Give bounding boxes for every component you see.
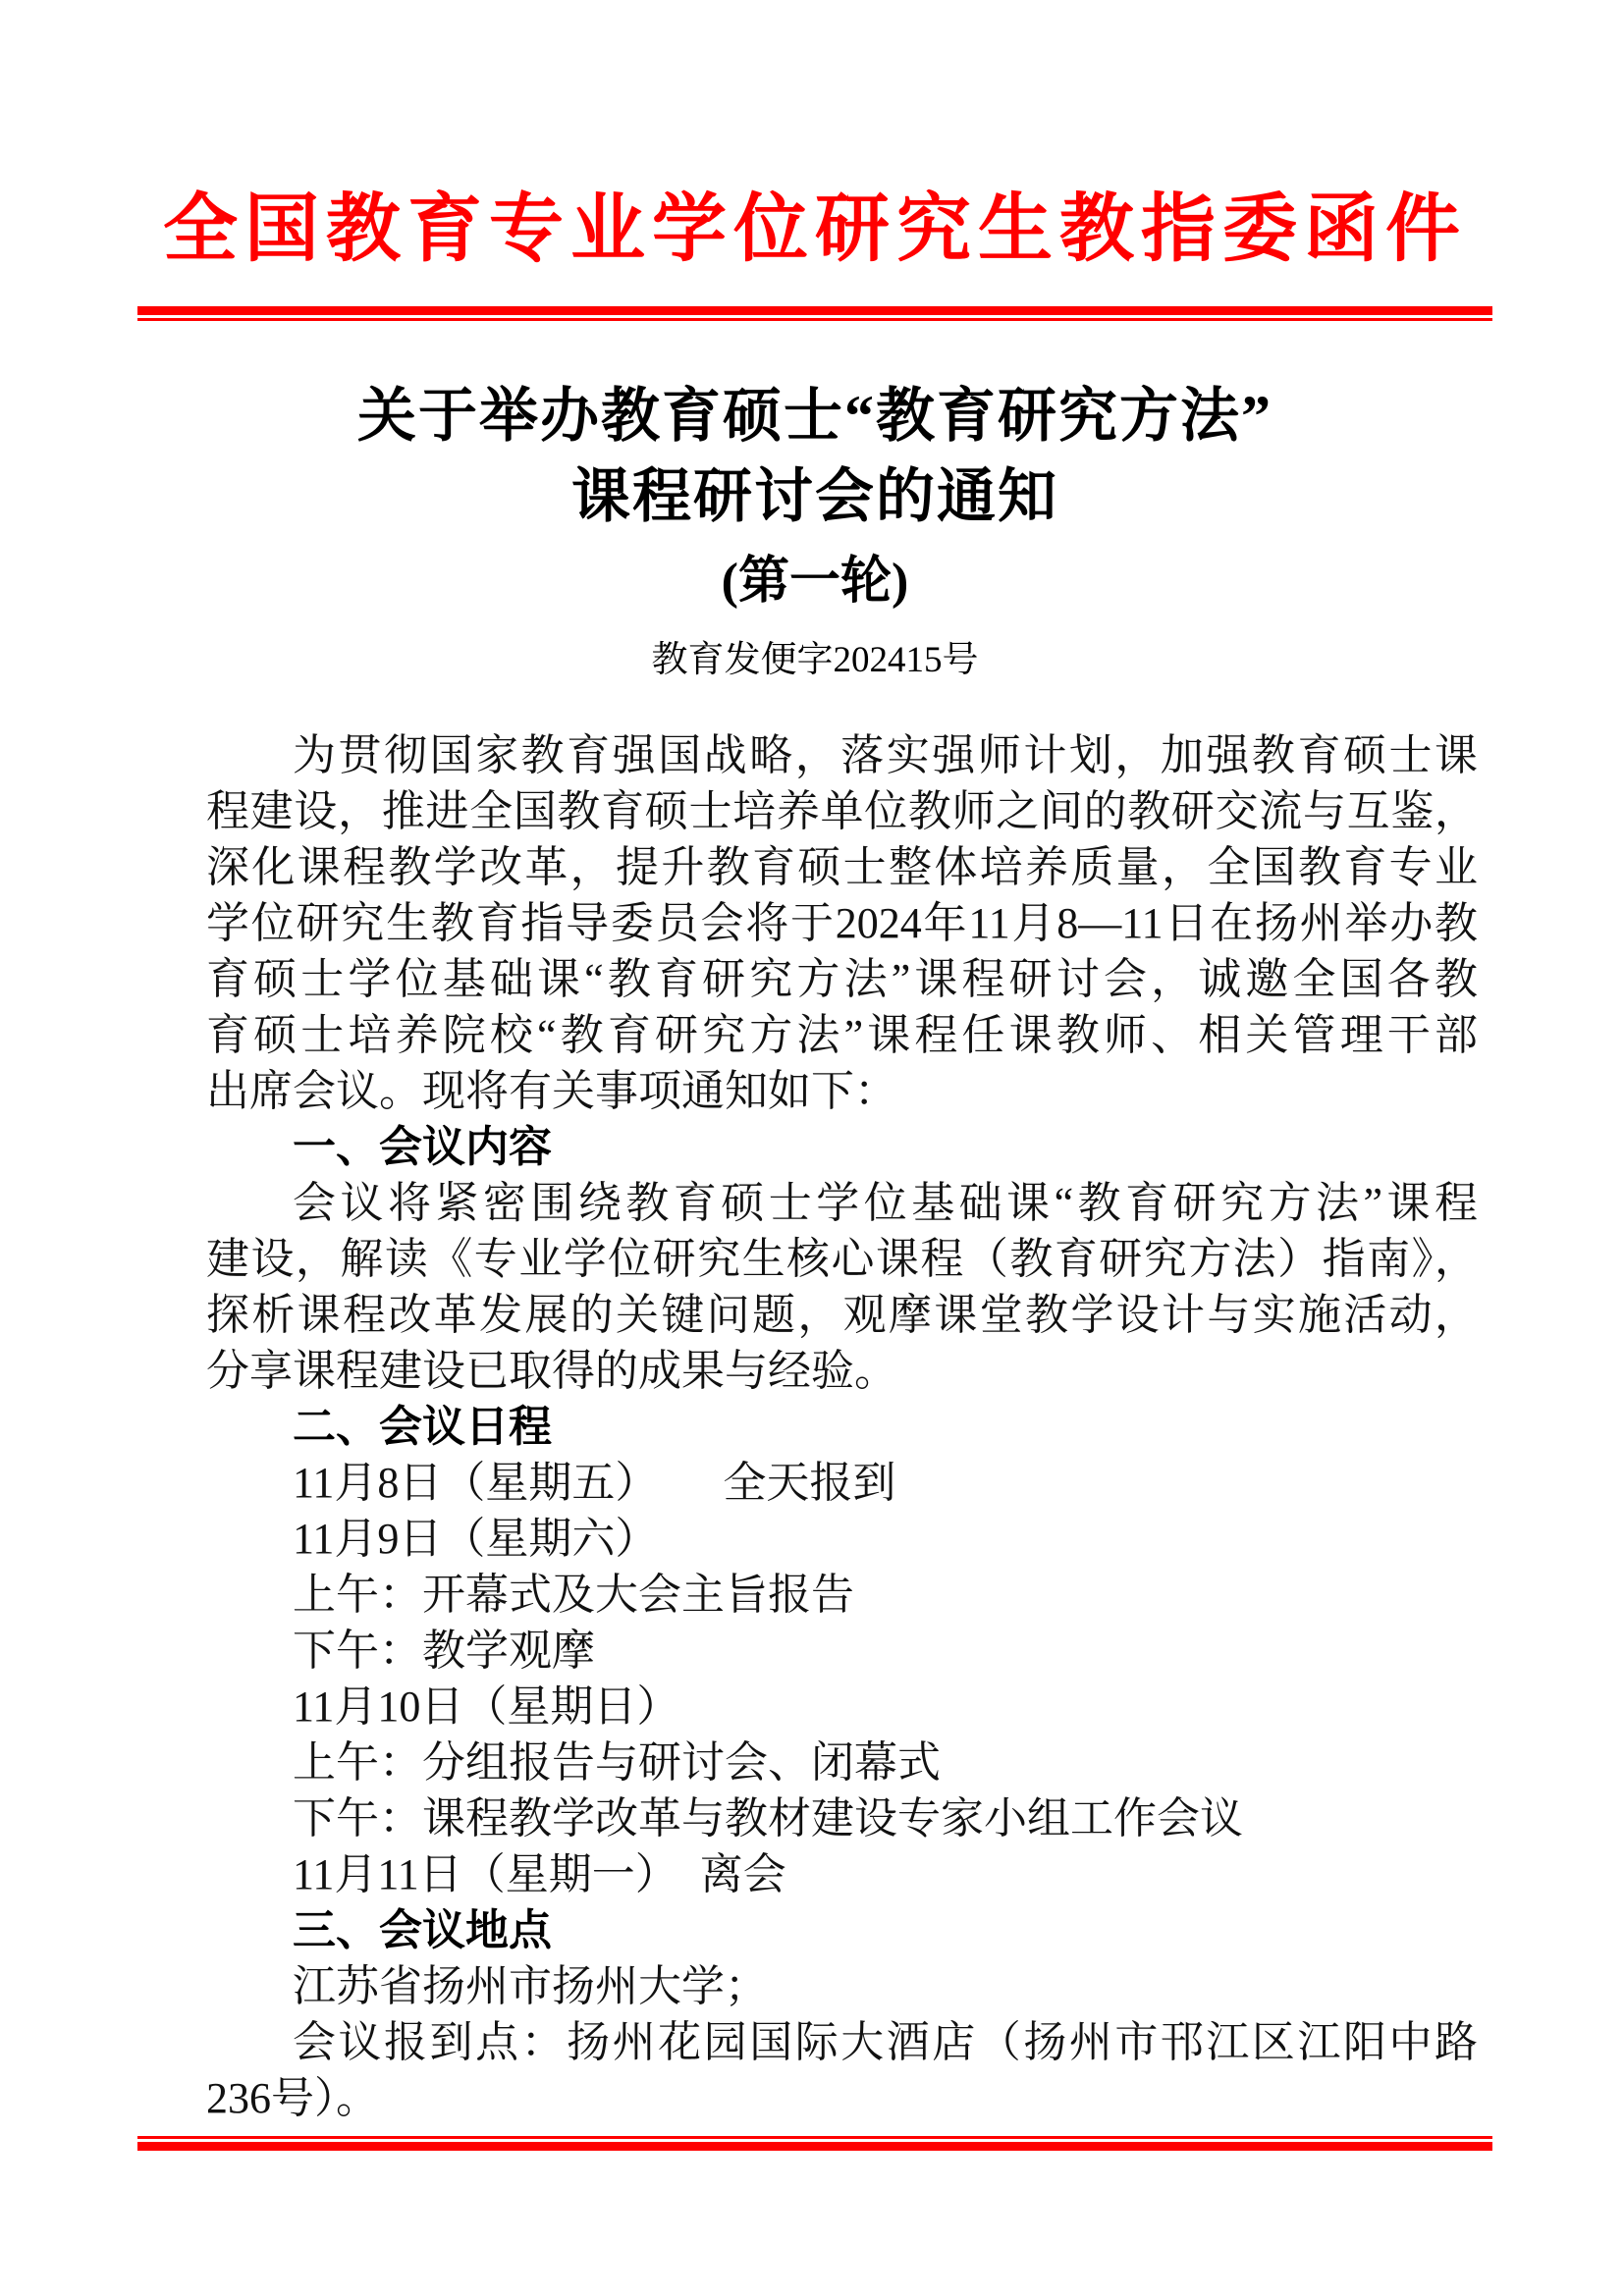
schedule-line-4: 下午：教学观摩 xyxy=(206,1623,1478,1679)
schedule-line-1: 11月8日（星期五） 全天报到 xyxy=(206,1455,1478,1511)
schedule-line-2: 11月9日（星期六） xyxy=(206,1511,1478,1567)
section-heading-1: 一、会议内容 xyxy=(206,1119,1478,1175)
divider-thick-line xyxy=(137,306,1492,315)
notice-body: 为贯彻国家教育强国战略，落实强师计划，加强教育硕士课 程建设，推进全国教育硕士培… xyxy=(206,727,1478,2126)
intro-line-6: 育硕士培养院校“教育研究方法”课程任课教师、相关管理干部 xyxy=(206,1007,1478,1063)
schedule-line-7: 下午：课程教学改革与教材建设专家小组工作会议 xyxy=(206,1790,1478,1846)
section-heading-3: 三、会议地点 xyxy=(206,1902,1478,1958)
footer-thin-line xyxy=(137,2136,1492,2139)
intro-line-7: 出席会议。现将有关事项通知如下： xyxy=(206,1063,1478,1119)
notice-title: 关于举办教育硕士“教育研究方法” 课程研讨会的通知 xyxy=(137,376,1492,537)
section3-line-1: 江苏省扬州市扬州大学； xyxy=(206,1958,1478,2014)
document-page: 全国教育专业学位研究生教指委函件 关于举办教育硕士“教育研究方法” 课程研讨会的… xyxy=(0,0,1624,2296)
section1-line-2: 建设，解读《专业学位研究生核心课程（教育研究方法）指南》， xyxy=(206,1231,1478,1287)
divider-thin-line xyxy=(137,318,1492,321)
section1-line-4: 分享课程建设已取得的成果与经验。 xyxy=(206,1343,1478,1399)
schedule-line-3: 上午：开幕式及大会主旨报告 xyxy=(206,1567,1478,1623)
schedule-line-5: 11月10日（星期日） xyxy=(206,1679,1478,1735)
doc-number: 教育发便字202415号 xyxy=(137,639,1492,682)
section-heading-2: 二、会议日程 xyxy=(206,1399,1478,1455)
letterhead-title: 全国教育专业学位研究生教指委函件 xyxy=(137,0,1492,267)
notice-round-label: (第一轮) xyxy=(137,551,1492,614)
footer-thick-line xyxy=(137,2142,1492,2151)
intro-line-3: 深化课程教学改革，提升教育硕士整体培养质量，全国教育专业 xyxy=(206,839,1478,895)
schedule-line-6: 上午：分组报告与研讨会、闭幕式 xyxy=(206,1735,1478,1790)
section1-line-3: 探析课程改革发展的关键问题，观摩课堂教学设计与实施活动， xyxy=(206,1287,1478,1343)
schedule-line-8: 11月11日（星期一） 离会 xyxy=(206,1846,1478,1902)
notice-title-line1: 关于举办教育硕士“教育研究方法” xyxy=(137,376,1492,456)
notice-title-line2: 课程研讨会的通知 xyxy=(137,456,1492,537)
section3-line-2: 会议报到点：扬州花园国际大酒店（扬州市邗江区江阳中路 xyxy=(206,2014,1478,2070)
intro-line-2: 程建设，推进全国教育硕士培养单位教师之间的教研交流与互鉴， xyxy=(206,783,1478,839)
section3-line-3: 236号）。 xyxy=(206,2070,1478,2126)
intro-line-4: 学位研究生教育指导委员会将于2024年11月8—11日在扬州举办教 xyxy=(206,895,1478,951)
intro-line-5: 育硕士学位基础课“教育研究方法”课程研讨会，诚邀全国各教 xyxy=(206,951,1478,1007)
intro-line-1: 为贯彻国家教育强国战略，落实强师计划，加强教育硕士课 xyxy=(206,727,1478,783)
document-content: 全国教育专业学位研究生教指委函件 关于举办教育硕士“教育研究方法” 课程研讨会的… xyxy=(0,0,1624,2151)
section1-line-1: 会议将紧密围绕教育硕士学位基础课“教育研究方法”课程 xyxy=(206,1175,1478,1231)
letterhead-divider xyxy=(137,306,1492,321)
footer-divider xyxy=(137,2136,1492,2151)
